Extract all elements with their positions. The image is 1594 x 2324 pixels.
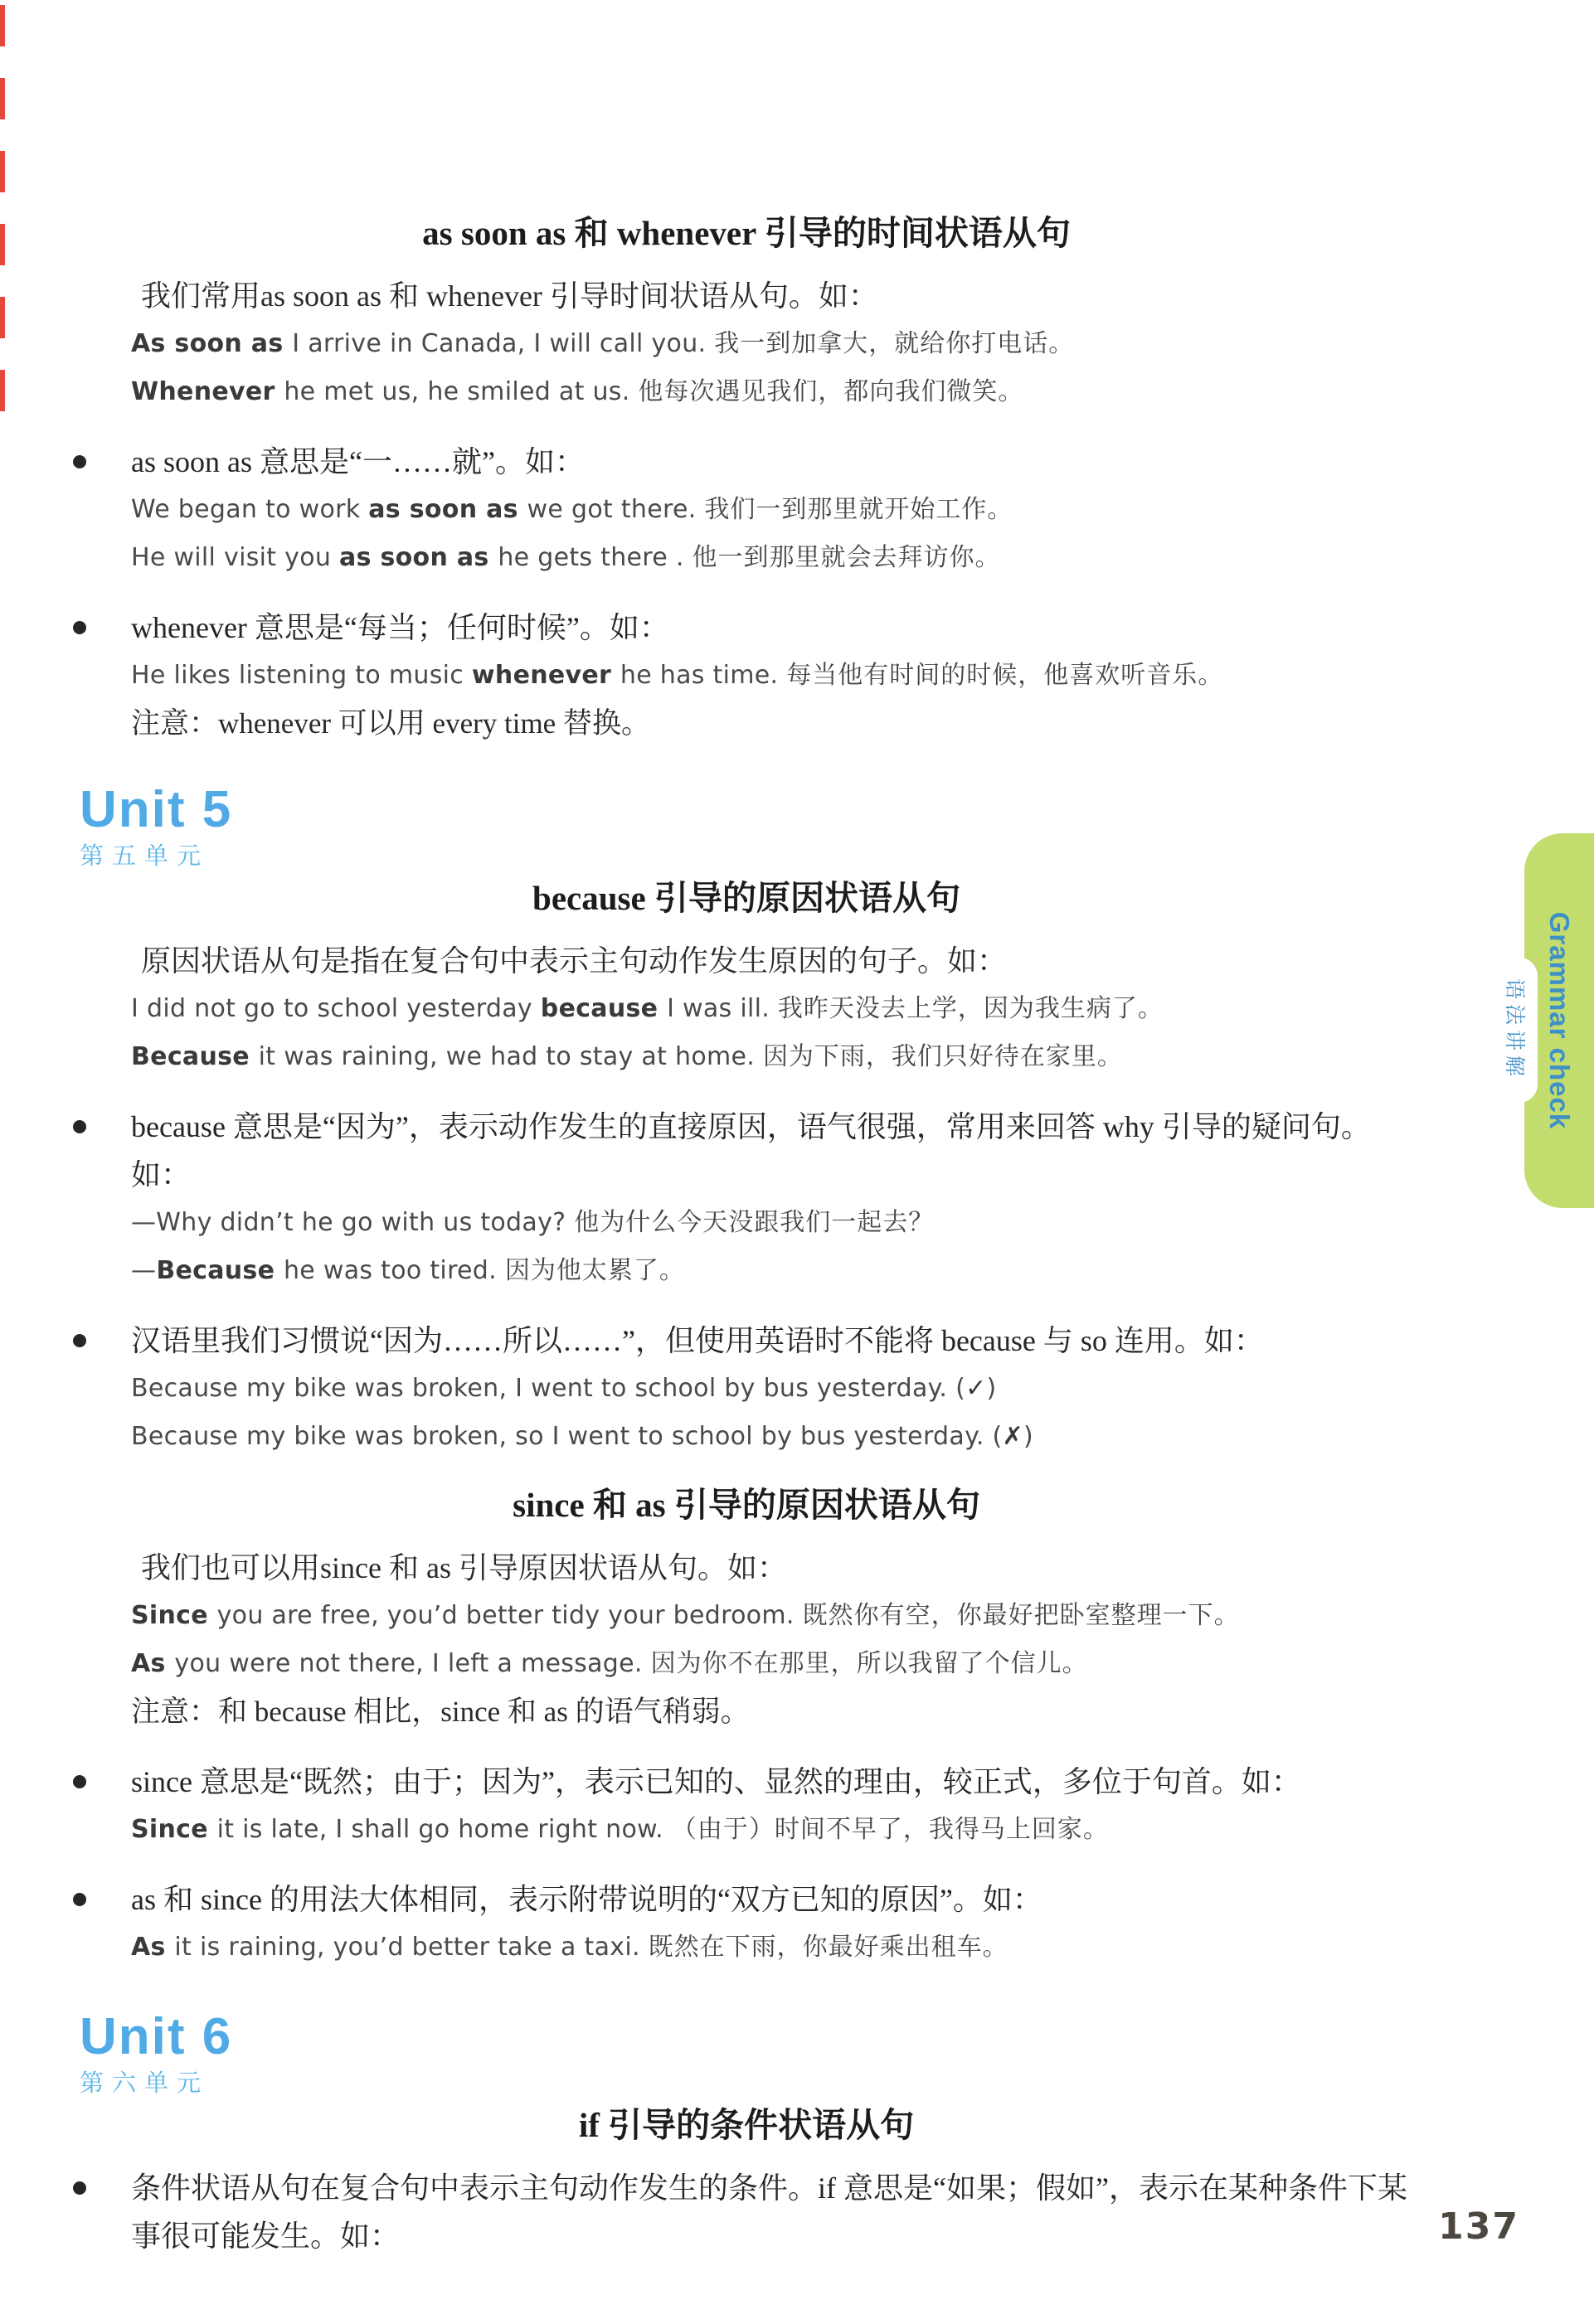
bullet-item: as 和 since 的用法大体相同，表示附带说明的“双方已知的原因”。如： A…	[131, 1875, 1428, 1972]
bullet-dot	[73, 1893, 86, 1906]
section-because: because 引导的原因状语从句 原因状语从句是指在复合句中表示主句动作发生原…	[131, 877, 1428, 1461]
section-intro: 我们常用as soon as 和 whenever 引导时间状语从句。如：	[131, 272, 1428, 320]
example-sentence: Because my bike was broken, I went to sc…	[131, 1365, 1428, 1413]
section-since-as: since 和 as 引导的原因状语从句 我们也可以用since 和 as 引导…	[131, 1484, 1428, 1972]
example-sentence: Because my bike was broken, so I went to…	[131, 1413, 1428, 1461]
bullet-heading: because 意思是“因为”，表示动作发生的直接原因，语气很强，常用来回答 w…	[131, 1103, 1428, 1199]
tab-subtitle: 语法讲解	[1502, 947, 1527, 1113]
example-sentence: Whenever he met us, he smiled at us. 他每次…	[131, 368, 1428, 416]
section-intro: 原因状语从句是指在复合句中表示主句动作发生原因的句子。如：	[131, 937, 1428, 985]
section-intro: 我们也可以用since 和 as 引导原因状语从句。如：	[131, 1544, 1428, 1592]
bullet-dot	[73, 1120, 86, 1133]
bullet-item: since 意思是“既然；由于；因为”，表示已知的、显然的理由，较正式，多位于句…	[131, 1758, 1428, 1854]
bullet-dot	[73, 2181, 86, 2195]
bullet-item: whenever 意思是“每当；任何时候”。如： He likes listen…	[131, 604, 1428, 748]
bullet-heading: 条件状语从句在复合句中表示主句动作发生的条件。if 意思是“如果；假如”，表示在…	[131, 2164, 1428, 2260]
section-if: if 引导的条件状语从句 条件状语从句在复合句中表示主句动作发生的条件。if 意…	[131, 2104, 1428, 2260]
example-sentence: Because it was raining, we had to stay a…	[131, 1033, 1428, 1081]
example-sentence: We began to work as soon as we got there…	[131, 486, 1428, 534]
example-sentence: Since you are free, you’d better tidy yo…	[131, 1592, 1428, 1640]
unit-5-label: Unit 5	[80, 784, 1428, 836]
unit-6-label: Unit 6	[80, 2011, 1428, 2063]
unit-5-heading: Unit 5 第五单元	[80, 784, 1428, 871]
note-line: 注意：和 because 相比，since 和 as 的语气稍弱。	[131, 1688, 1428, 1736]
bullet-heading: as 和 since 的用法大体相同，表示附带说明的“双方已知的原因”。如：	[131, 1875, 1428, 1924]
example-sentence: As you were not there, I left a message.…	[131, 1640, 1428, 1688]
bullet-item: 条件状语从句在复合句中表示主句动作发生的条件。if 意思是“如果；假如”，表示在…	[131, 2164, 1428, 2260]
bullet-heading: whenever 意思是“每当；任何时候”。如：	[131, 604, 1428, 652]
tab-title: Grammar check	[1543, 834, 1576, 1207]
section-title-time-clauses: as soon as 和 whenever 引导的时间状语从句	[131, 212, 1362, 254]
bullet-dot	[73, 1775, 86, 1788]
unit-6-subtitle: 第六单元	[80, 2068, 1428, 2098]
example-sentence: Since it is late, I shall go home right …	[131, 1806, 1428, 1854]
bullet-item: as soon as 意思是“一……就”。如： We began to work…	[131, 438, 1428, 582]
section-title-if: if 引导的条件状语从句	[131, 2104, 1362, 2146]
page-content: as soon as 和 whenever 引导的时间状语从句 我们常用as s…	[0, 0, 1594, 2324]
bullet-heading: as soon as 意思是“一……就”。如：	[131, 438, 1428, 486]
bullet-dot	[73, 455, 86, 468]
example-sentence: —Because he was too tired. 因为他太累了。	[131, 1247, 1428, 1295]
example-sentence: As soon as I arrive in Canada, I will ca…	[131, 320, 1428, 368]
bullet-dot	[73, 1334, 86, 1347]
example-sentence: He likes listening to music whenever he …	[131, 652, 1428, 700]
bullet-heading: since 意思是“既然；由于；因为”，表示已知的、显然的理由，较正式，多位于句…	[131, 1758, 1428, 1806]
section-time-clauses: as soon as 和 whenever 引导的时间状语从句 我们常用as s…	[131, 212, 1428, 748]
grammar-check-tab[interactable]: Grammar check 语法讲解	[1524, 833, 1594, 1208]
example-sentence: He will visit you as soon as he gets the…	[131, 534, 1428, 582]
bullet-item: because 意思是“因为”，表示动作发生的直接原因，语气很强，常用来回答 w…	[131, 1103, 1428, 1295]
section-title-because: because 引导的原因状语从句	[131, 877, 1362, 919]
page-number: 137	[1438, 2205, 1519, 2248]
bullet-heading: 汉语里我们习惯说“因为……所以……”，但使用英语时不能将 because 与 s…	[131, 1317, 1428, 1365]
example-sentence: As it is raining, you’d better take a ta…	[131, 1924, 1428, 1972]
bullet-dot	[73, 621, 86, 634]
example-sentence: —Why didn’t he go with us today? 他为什么今天没…	[131, 1199, 1428, 1247]
unit-6-heading: Unit 6 第六单元	[80, 2011, 1428, 2098]
note-line: 注意：whenever 可以用 every time 替换。	[131, 700, 1428, 748]
example-sentence: I did not go to school yesterday because…	[131, 985, 1428, 1033]
unit-5-subtitle: 第五单元	[80, 841, 1428, 871]
section-title-since-as: since 和 as 引导的原因状语从句	[131, 1484, 1362, 1526]
bullet-item: 汉语里我们习惯说“因为……所以……”，但使用英语时不能将 because 与 s…	[131, 1317, 1428, 1461]
